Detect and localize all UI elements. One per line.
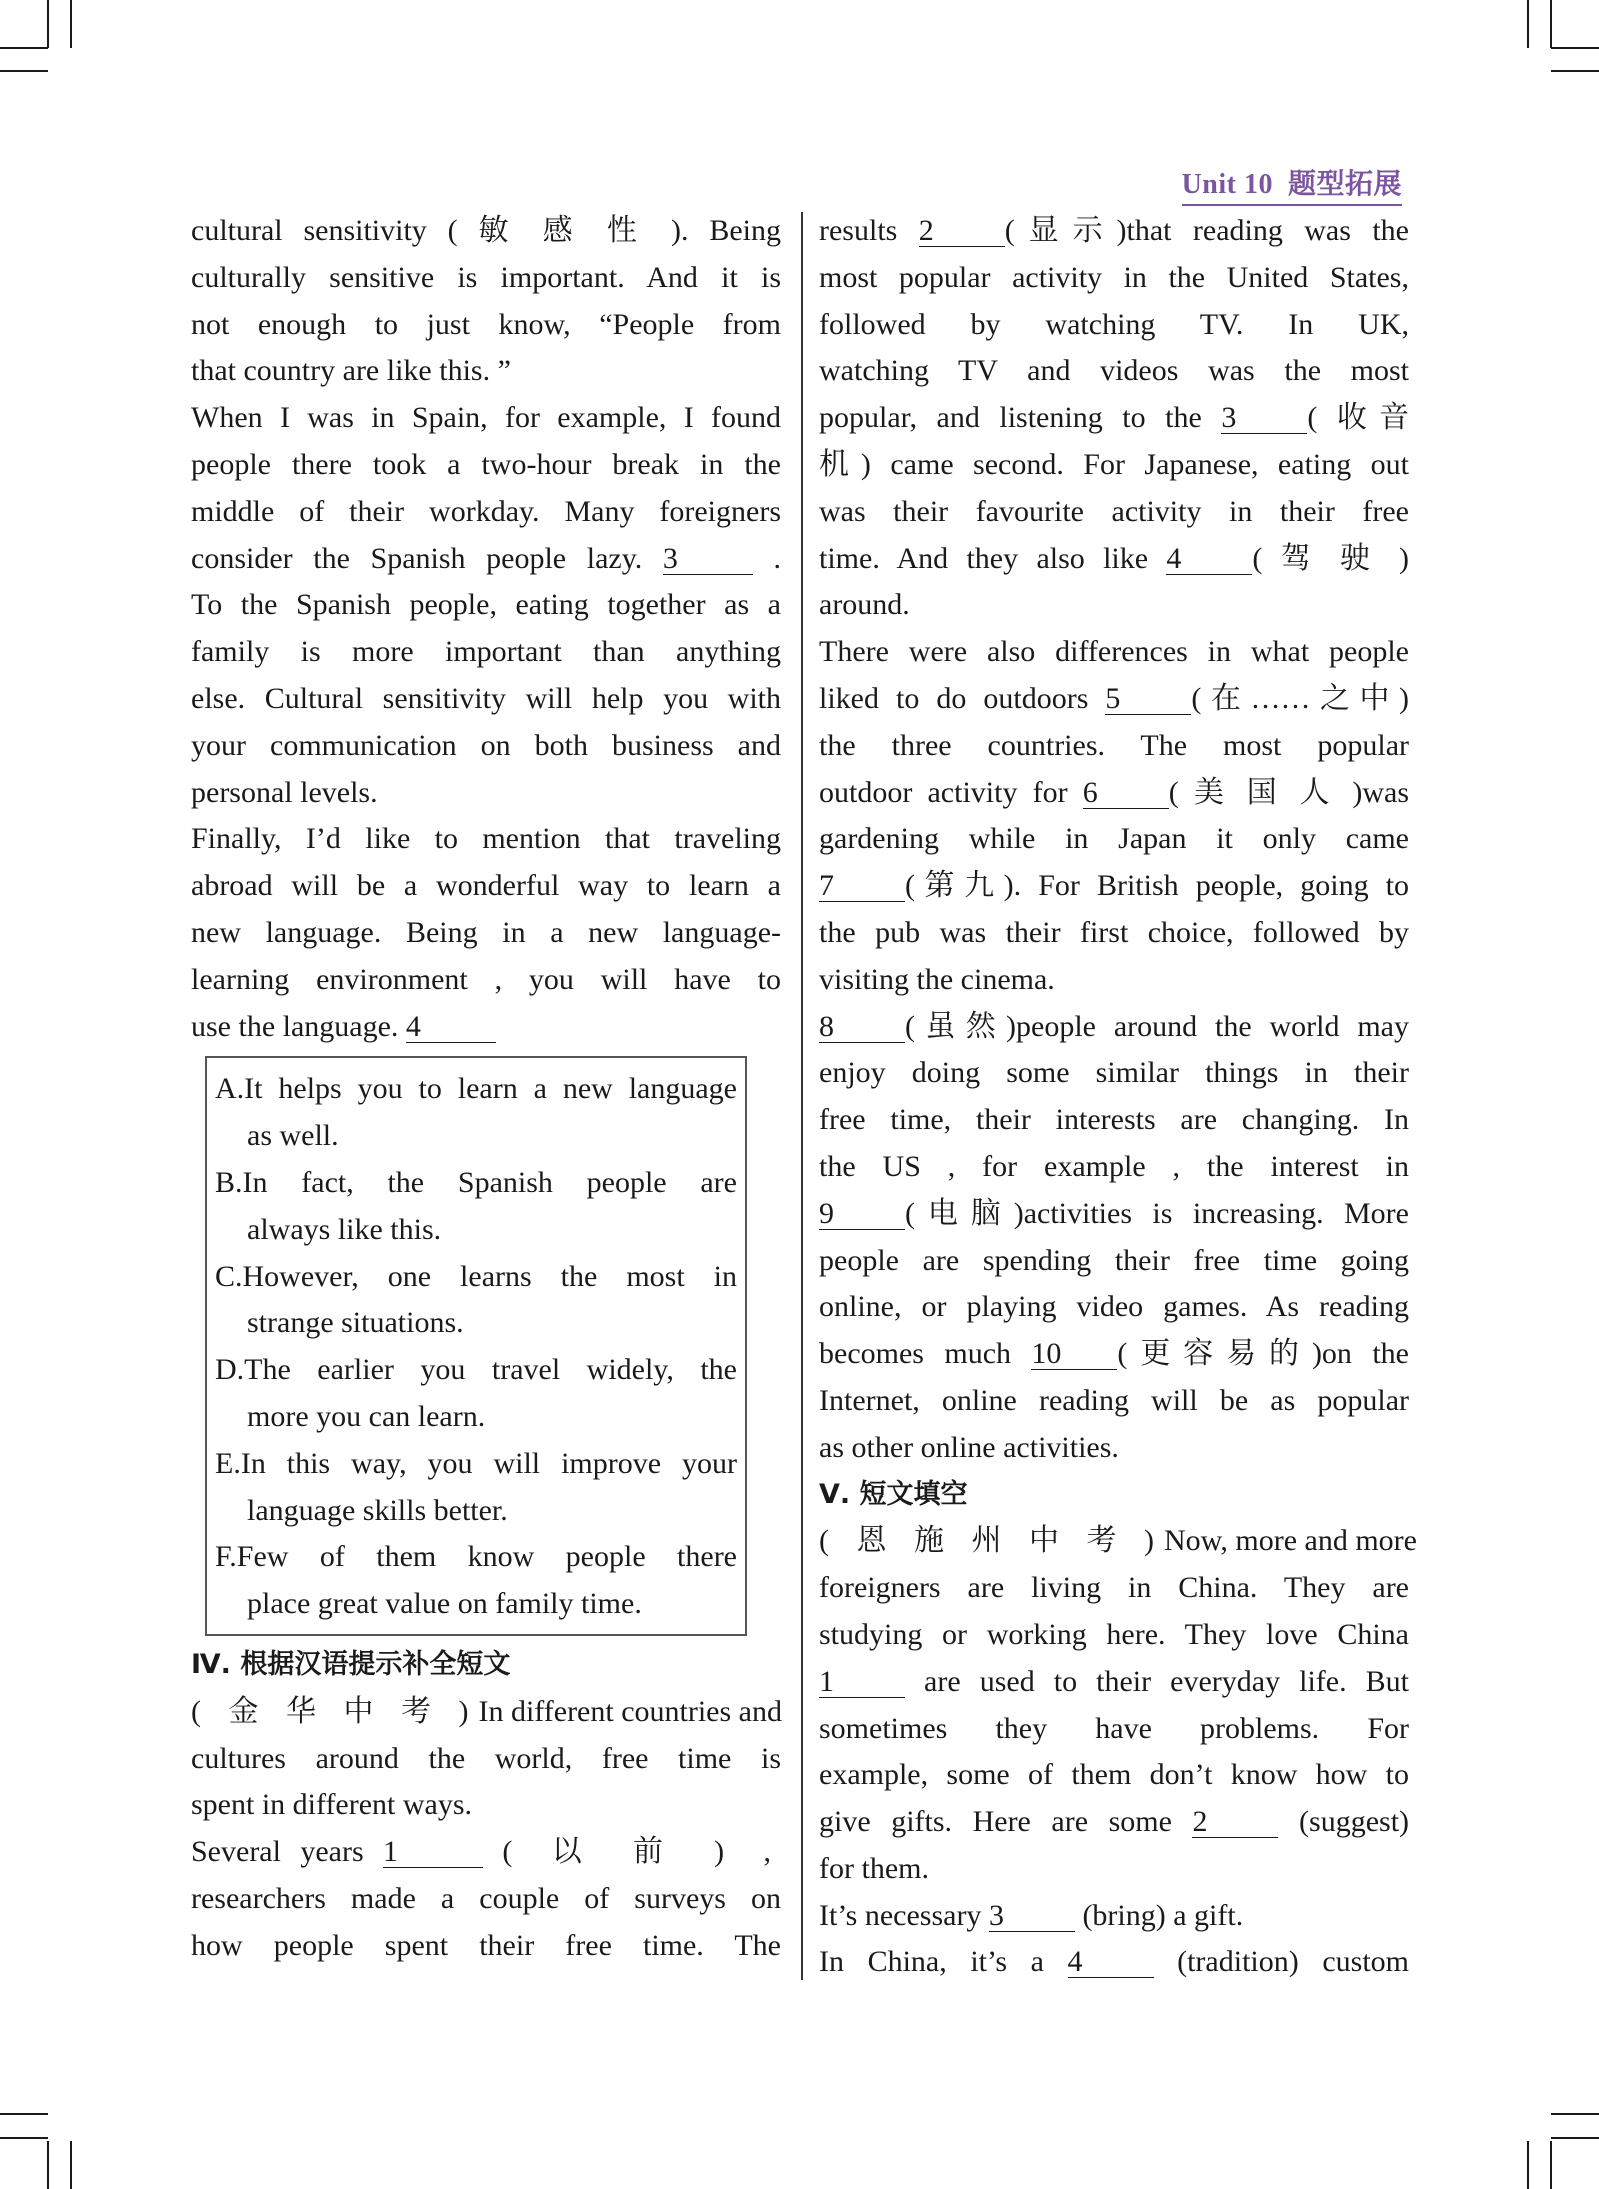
blank-line: Several years 1 ( 以 前 ) , — [191, 1829, 781, 1876]
text-line: people are spending their free time goin… — [819, 1238, 1409, 1285]
text-line: cultural sensitivity ( 敏 感 性 ). Being — [191, 208, 781, 255]
text-line: as other online activities. — [819, 1425, 1409, 1472]
answer-blank-7[interactable]: 7 — [819, 871, 905, 902]
crop-mark — [1550, 0, 1552, 48]
option-f[interactable]: F.Few of them know people there — [215, 1534, 737, 1581]
text-line: ( 恩 施 州 中 考 )Now, more and more — [819, 1518, 1409, 1565]
crop-mark — [1551, 2137, 1599, 2139]
answer-blank-3[interactable]: 3 — [663, 544, 753, 575]
header-title: 题型拓展 — [1288, 169, 1402, 200]
blank-line: outdoor activity for 6( 美 国 人 )was — [819, 770, 1409, 817]
blank-line: time. And they also like 4( 驾 驶 ) — [819, 536, 1409, 583]
answer-blank-5[interactable]: 5 — [1105, 684, 1191, 715]
text-line: personal levels. — [191, 770, 781, 817]
crop-mark — [1550, 2141, 1552, 2189]
crop-mark — [47, 2141, 49, 2189]
text-line: studying or working here. They love Chin… — [819, 1612, 1409, 1659]
section-v-lines: foreigners are living in China. They are… — [819, 1565, 1409, 1986]
options-box: A.It helps you to learn a new language a… — [205, 1056, 747, 1636]
text-line: cultures around the world, free time is — [191, 1736, 781, 1783]
crop-mark — [0, 47, 48, 49]
crop-mark — [70, 2141, 72, 2189]
option-a-cont: as well. — [215, 1113, 737, 1160]
text-line: free time, their interests are changing.… — [819, 1097, 1409, 1144]
section-v-title: Ⅴ. 短文填空 — [819, 1472, 1409, 1519]
text-line: spent in different ways. — [191, 1782, 781, 1829]
text-line: your communication on both business and — [191, 723, 781, 770]
section-iv-title: Ⅳ. 根据汉语提示补全短文 — [191, 1642, 781, 1689]
crop-mark — [1551, 47, 1599, 49]
answer-blank-4[interactable]: 4 — [1068, 1947, 1154, 1978]
crop-mark — [1527, 2141, 1529, 2189]
answer-blank-2[interactable]: 2 — [919, 216, 1005, 247]
crop-mark — [1551, 70, 1599, 72]
answer-blank-6[interactable]: 6 — [1083, 778, 1169, 809]
crop-mark — [1551, 2113, 1599, 2115]
section-iv-continued: results 2(显示)that reading was themost po… — [819, 208, 1409, 1472]
text-line: abroad will be a wonderful way to learn … — [191, 863, 781, 910]
text-line: ( 金 华 中 考 )In different countries and — [191, 1689, 781, 1736]
text-line: Finally, I’d like to mention that travel… — [191, 816, 781, 863]
text-line: watching TV and videos was the most — [819, 348, 1409, 395]
text-line: Internet, online reading will be as popu… — [819, 1378, 1409, 1425]
option-c-cont: strange situations. — [215, 1300, 737, 1347]
text-line: example, some of them don’t know how to — [819, 1752, 1409, 1799]
text-line: culturally sensitive is important. And i… — [191, 255, 781, 302]
text-line: foreigners are living in China. They are — [819, 1565, 1409, 1612]
blank-line: liked to do outdoors 5(在……之中) — [819, 676, 1409, 723]
text-line: There were also differences in what peop… — [819, 629, 1409, 676]
text-line: sometimes they have problems. For — [819, 1706, 1409, 1753]
text-line: When I was in Spain, for example, I foun… — [191, 395, 781, 442]
text-line: people there took a two-hour break in th… — [191, 442, 781, 489]
answer-blank-1[interactable]: 1 — [819, 1667, 905, 1698]
blank-line: In China, it’s a 4 (tradition) custom — [819, 1939, 1409, 1986]
answer-blank-8[interactable]: 8 — [819, 1012, 905, 1043]
header-unit: Unit 10 — [1182, 169, 1273, 200]
text-line: that country are like this. ” — [191, 348, 781, 395]
text-line: most popular activity in the United Stat… — [819, 255, 1409, 302]
text-line: 机) came second. For Japanese, eating out — [819, 442, 1409, 489]
text-line: the three countries. The most popular — [819, 723, 1409, 770]
answer-blank-2[interactable]: 2 — [1192, 1807, 1278, 1838]
text-line: new language. Being in a new language- — [191, 910, 781, 957]
text-line: enjoy doing some similar things in their — [819, 1050, 1409, 1097]
blank-line: 1 are used to their everyday life. But — [819, 1659, 1409, 1706]
option-c[interactable]: C.However, one learns the most in — [215, 1254, 737, 1301]
blank-line: results 2(显示)that reading was the — [819, 208, 1409, 255]
answer-blank-4[interactable]: 4 — [406, 1012, 496, 1043]
answer-blank-10[interactable]: 10 — [1031, 1339, 1117, 1370]
text-line: for them. — [819, 1846, 1409, 1893]
text-line: the pub was their first choice, followed… — [819, 910, 1409, 957]
blank-line: becomes much 10(更容易的)on the — [819, 1331, 1409, 1378]
text-line: family is more important than anything — [191, 629, 781, 676]
crop-mark — [47, 0, 49, 48]
blank-line: It’s necessary 3 (bring) a gift. — [819, 1893, 1409, 1940]
answer-blank-4[interactable]: 4 — [1166, 544, 1252, 575]
text-line: was their favourite activity in their fr… — [819, 489, 1409, 536]
right-column: results 2(显示)that reading was themost po… — [819, 208, 1409, 1986]
blank-line: popular, and listening to the 3( 收音 — [819, 395, 1409, 442]
blank-line: 7(第九). For British people, going to — [819, 863, 1409, 910]
text-line: the US , for example , the interest in — [819, 1144, 1409, 1191]
source-label: ( 恩 施 州 中 考 ) — [819, 1524, 1164, 1557]
text-line: else. Cultural sensitivity will help you… — [191, 676, 781, 723]
text-line: how people spent their free time. The — [191, 1923, 781, 1970]
text-line: not enough to just know, “People from — [191, 302, 781, 349]
option-d[interactable]: D.The earlier you travel widely, the — [215, 1347, 737, 1394]
option-e-cont: language skills better. — [215, 1488, 737, 1535]
text-line: visiting the cinema. — [819, 957, 1409, 1004]
blank-line: consider the Spanish people lazy. 3 . — [191, 536, 781, 583]
answer-blank-3[interactable]: 3 — [989, 1901, 1075, 1932]
text-line: around. — [819, 582, 1409, 629]
left-column: cultural sensitivity ( 敏 感 性 ). Being cu… — [191, 208, 781, 1969]
answer-blank-3[interactable]: 3 — [1221, 403, 1307, 434]
text-line: learning environment , you will have to — [191, 957, 781, 1004]
crop-mark — [1527, 0, 1529, 48]
answer-blank-9[interactable]: 9 — [819, 1199, 905, 1230]
page-header: Unit 10 题型拓展 — [1182, 162, 1402, 206]
text-line: online, or playing video games. As readi… — [819, 1284, 1409, 1331]
text-line: To the Spanish people, eating together a… — [191, 582, 781, 629]
answer-blank-iv-1[interactable]: 1 — [383, 1837, 483, 1868]
column-divider — [801, 212, 803, 1980]
option-e[interactable]: E.In this way, you will improve your — [215, 1441, 737, 1488]
crop-mark — [0, 2137, 48, 2139]
blank-line: give gifts. Here are some 2 (suggest) — [819, 1799, 1409, 1846]
text-line: researchers made a couple of surveys on — [191, 1876, 781, 1923]
crop-mark — [0, 70, 48, 72]
blank-line: 8(虽然)people around the world may — [819, 1004, 1409, 1051]
option-b-cont: always like this. — [215, 1207, 737, 1254]
crop-mark — [70, 0, 72, 48]
option-f-cont: place great value on family time. — [215, 1581, 737, 1628]
text-line: gardening while in Japan it only came — [819, 816, 1409, 863]
option-b[interactable]: B.In fact, the Spanish people are — [215, 1160, 737, 1207]
source-label: ( 金 华 中 考 ) — [191, 1695, 478, 1728]
text-line: middle of their workday. Many foreigners — [191, 489, 781, 536]
text-line: followed by watching TV. In UK, — [819, 302, 1409, 349]
blank-line: 9(电脑)activities is increasing. More — [819, 1191, 1409, 1238]
crop-mark — [0, 2113, 48, 2115]
blank-line: use the language. 4 — [191, 1004, 781, 1051]
option-d-cont: more you can learn. — [215, 1394, 737, 1441]
option-a[interactable]: A.It helps you to learn a new language — [215, 1066, 737, 1113]
